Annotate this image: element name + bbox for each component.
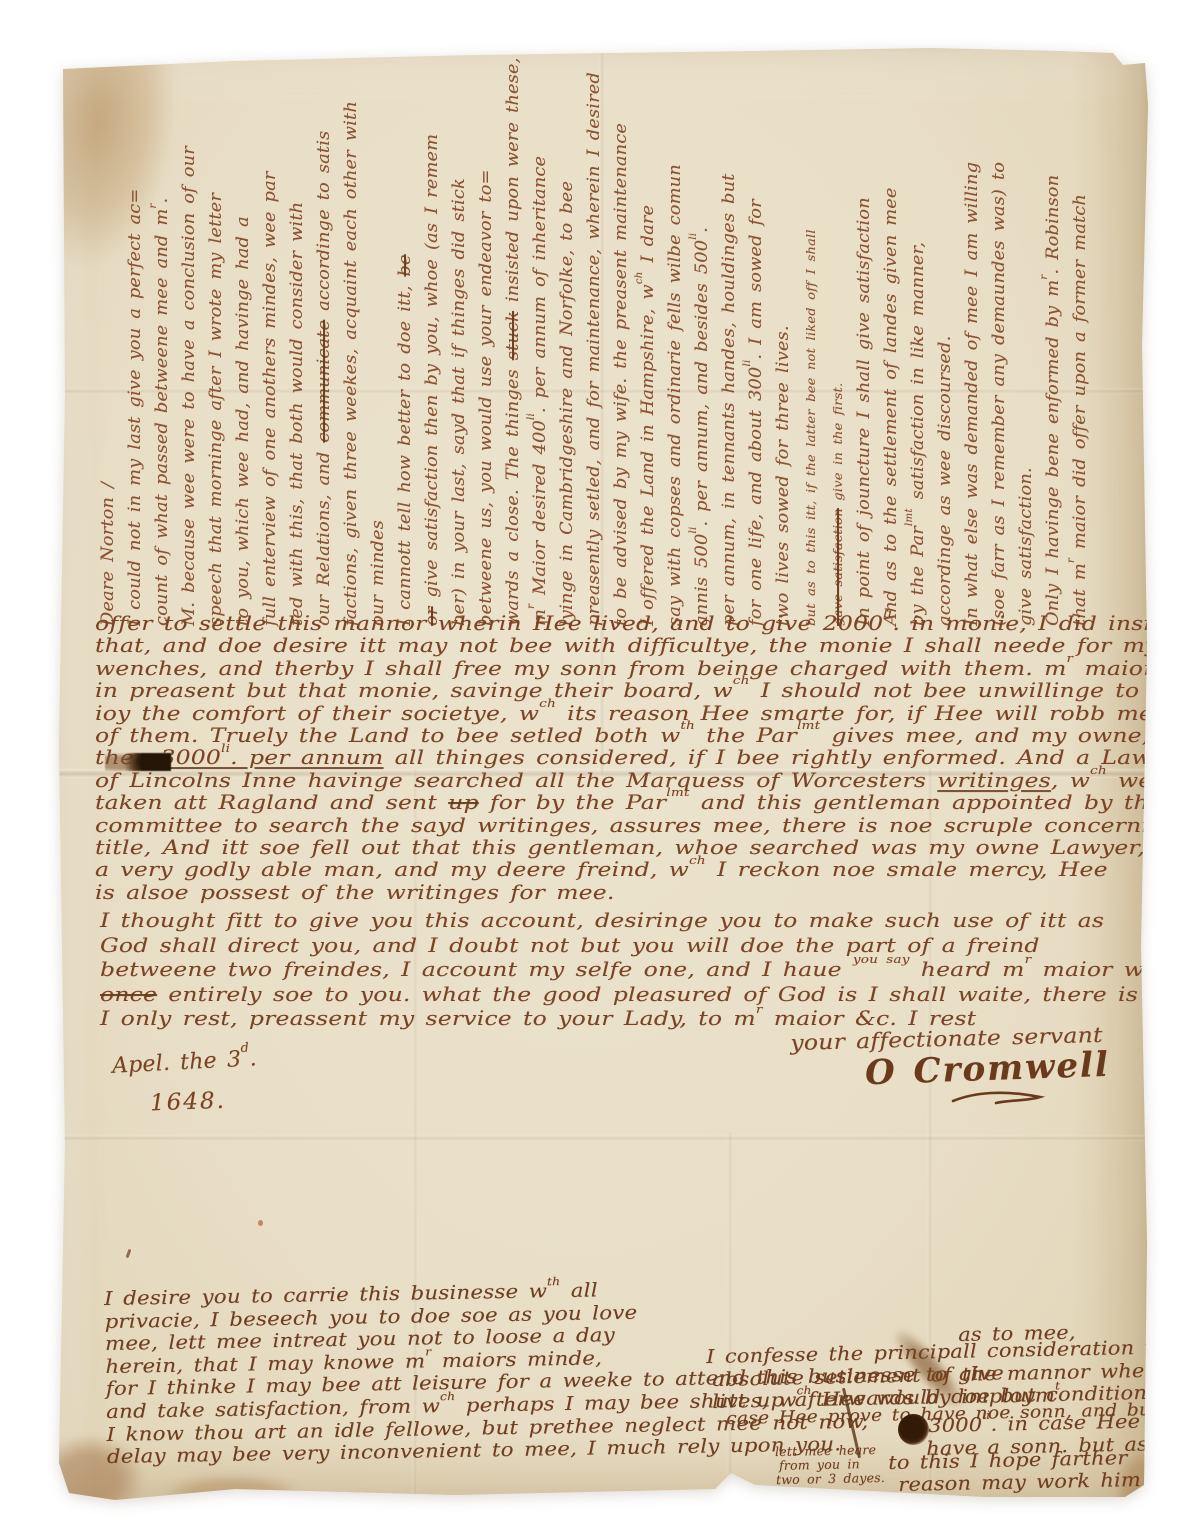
text-line: speech that morninge after I wrote my le… <box>203 85 230 626</box>
text-line: count of what passed betweene mee and mr… <box>149 85 176 626</box>
text-line: Only I havinge bene enformed by mr. Robi… <box>1040 85 1067 626</box>
postscript-note-small: two or 3 dayes. <box>776 1470 885 1487</box>
text-line: give satisfaction. <box>1013 85 1040 626</box>
text-line: two lives sowed for three lives. <box>770 85 797 626</box>
text-line: I cannott tell how better to doe itt, be <box>392 85 419 626</box>
text-line: then 3000li. per annum all thinges consi… <box>95 746 1200 768</box>
text-line: once entirely soe to you. what the good … <box>100 982 1170 1007</box>
text-line: is alsoe possest of the writinges for me… <box>95 881 1200 903</box>
text-line: preasently setled, and for maintenance, … <box>581 85 608 626</box>
text-line: Deare Norton / <box>95 85 122 626</box>
text-line: factions, given three weekes, acquaint e… <box>338 85 365 626</box>
text-line: M. because wee were to have a conclusion… <box>176 85 203 626</box>
text-line: or give satisfaction then by you, whoe (… <box>419 85 446 626</box>
text-line: our Relations, and communicate according… <box>311 85 338 626</box>
text-line: that, and doe desire itt may not bee wit… <box>95 634 1200 656</box>
text-line: offer to settle this mannor wherin Hee l… <box>95 612 1200 634</box>
text-line: accordinge as wee discoursed. <box>932 85 959 626</box>
signature: O Cromwell <box>864 1045 1110 1094</box>
text-line: wards a close. The thinges stuck insiste… <box>500 85 527 626</box>
text-line: full enterview of one anothers mindes, w… <box>257 85 284 626</box>
text-line: ber) in your last, sayd that if thinges … <box>446 85 473 626</box>
dateline-year: 1648. <box>150 1088 227 1117</box>
text-line: wenches, and therby I shall free my sonn… <box>95 657 1200 679</box>
text-line: lyinge in Cambridgeshire and Norfolke, t… <box>554 85 581 626</box>
text-line: say with copses and ordinarie fells wilb… <box>662 85 689 626</box>
fold-crease-horizontal <box>55 1135 1148 1141</box>
text-line: betweene two freindes, I account my self… <box>100 957 1170 982</box>
text-line: In point of jouncture I shall give satis… <box>851 85 878 626</box>
text-line: mr Maior desired 400li. per annum of inh… <box>527 85 554 626</box>
text-line: taken att Ragland and sent up for by the… <box>95 791 1200 813</box>
main-body-text: offer to settle this mannor wherin Hee l… <box>95 612 1200 903</box>
text-line: ioy the comfort of their societye, wch i… <box>95 702 1200 724</box>
text-line: God shall direct you, and I doubt not bu… <box>100 933 1170 958</box>
text-line: In what else was demanded of mee I am wi… <box>959 85 986 626</box>
text-line: of Lincolns Inne havinge searched all th… <box>95 769 1200 791</box>
text-line: annis 500li. per annum, and besides 500l… <box>689 85 716 626</box>
text-line: that mr maior did offer upon a former ma… <box>1067 85 1094 626</box>
text-line: committee to search the sayd writinges, … <box>95 814 1200 836</box>
text-line: our mindes <box>365 85 392 626</box>
edge-stain <box>167 1475 297 1509</box>
text-line: of them. Truely the Land to bee setled b… <box>95 724 1200 746</box>
text-line: betweene us, you would use your endeavor… <box>473 85 500 626</box>
text-line: And as to the settlement of landes given… <box>878 85 905 626</box>
letter-paper: Deare Norton /I could not in my last giv… <box>55 45 1148 1507</box>
rotated-text-section: Deare Norton /I could not in my last giv… <box>95 66 1115 626</box>
rotated-text-lines: Deare Norton /I could not in my last giv… <box>95 85 1094 626</box>
text-line: (soe farr as I remember any demaundes wa… <box>986 85 1013 626</box>
closing-paragraph: I thought fitt to give you this account,… <box>100 908 1170 1031</box>
text-line: to you, which wee had, and havinge had a <box>230 85 257 626</box>
text-line: by the Parlmt satisfaction in like manne… <box>905 85 932 626</box>
text-line: I could not in my last give you a perfec… <box>122 85 149 626</box>
text-line: for one life, and about 300li. I am sowe… <box>743 85 770 626</box>
pen-mark <box>126 1249 132 1258</box>
text-line: per annum, in tennants handes, houldinge… <box>716 85 743 626</box>
ink-blot <box>105 753 171 771</box>
text-line: title, And itt soe fell out that this ge… <box>95 836 1200 858</box>
letter-photo: Deare Norton /I could not in my last giv… <box>0 0 1200 1538</box>
foxing-speck <box>258 1220 263 1226</box>
text-line: gave satisfaction give in the first. <box>824 85 851 626</box>
text-line: in preasent but that monie, savinge thei… <box>95 679 1200 701</box>
text-line: to be advised by my wife. the preasent m… <box>608 85 635 626</box>
text-line: I offered the Land in Hampshire, wch I d… <box>635 85 662 626</box>
text-line: a very godly able man, and my deere frei… <box>95 858 1200 880</box>
text-line: I thought fitt to give you this account,… <box>100 908 1170 933</box>
ink-blot <box>898 1414 929 1445</box>
signature-flourish <box>950 1088 1045 1108</box>
dateline-day: Apel. the 3d. <box>111 1046 257 1079</box>
text-line: ted with this, that both would consider … <box>284 85 311 626</box>
text-line: but as to this itt, if the latter bee no… <box>797 85 824 626</box>
postscript-right-line: 3000li. in case Hee <box>928 1411 1140 1437</box>
